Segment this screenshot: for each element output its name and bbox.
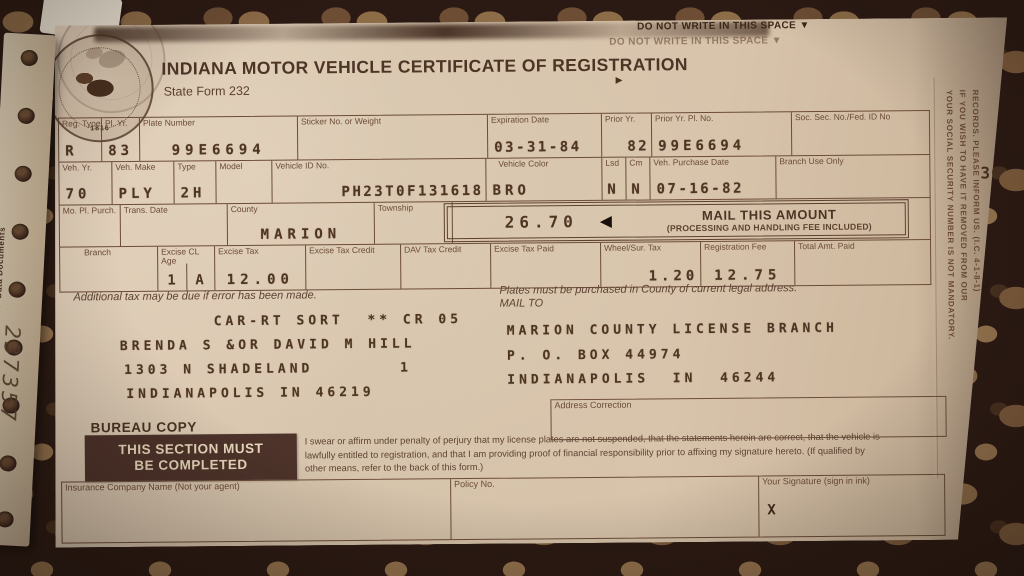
field-insurance-company: Insurance Company Name (Not your agent) <box>62 479 451 542</box>
mail-amount-text: MAIL THIS AMOUNT (PROCESSING AND HANDLIN… <box>634 206 905 233</box>
field-registration-fee: Registration Fee 12.75 <box>700 241 794 286</box>
field-mo-pl-purch: Mo. Pl. Purch. <box>60 205 120 247</box>
field-label: County <box>231 205 258 214</box>
field-value: BRO <box>492 182 529 198</box>
field-policy-no: Policy No. <box>450 477 759 540</box>
field-label: Sticker No. or Weight <box>301 117 381 127</box>
field-excise-tax-paid: Excise Tax Paid <box>490 243 600 288</box>
field-label: Lsd <box>605 159 619 168</box>
field-label: Excise Tax Paid <box>494 244 554 254</box>
field-value: 82 <box>627 138 649 154</box>
field-value: 2H <box>180 185 205 201</box>
field-value: 1.20 <box>649 268 699 284</box>
punch-hole <box>20 50 38 67</box>
additional-tax-note: Additional tax may be due if error has b… <box>73 289 316 303</box>
cl-age-divider <box>186 263 187 290</box>
punch-hole <box>8 281 26 298</box>
field-label: Vehicle ID No. <box>275 161 329 170</box>
corner-number: 30 <box>980 163 1001 182</box>
field-trans-date: Trans. Date <box>120 204 227 246</box>
form-row-2: Veh. Yr. 70 Veh. Make PLY Type 2H Model … <box>58 155 930 206</box>
field-label: Reg. Type <box>62 119 101 128</box>
owner-city: INDIANAPOLIS IN 46219 <box>126 385 374 402</box>
field-value: A <box>195 272 204 288</box>
field-veh-type: Type 2H <box>173 161 215 203</box>
do-not-write-text: DO NOT WRITE IN THIS SPACE <box>609 35 768 47</box>
field-excise-tax: Excise Tax 12.00 <box>214 245 305 290</box>
field-value: PH23T0F131618 <box>341 183 483 200</box>
field-excise-cl-age: Excise CL Age 1 A <box>157 246 214 290</box>
field-value: 07-16-82 <box>656 181 744 198</box>
do-not-write-text: DO NOT WRITE IN THIS SPACE <box>637 20 796 32</box>
field-expiration-date: Expiration Date 03-31-84 <box>487 114 601 158</box>
field-value: N <box>626 181 649 197</box>
field-label: Pl. Yr. <box>105 119 128 128</box>
field-plate-year: Pl. Yr. 83 <box>101 118 139 161</box>
field-label: Excise Tax <box>218 247 259 256</box>
handwritten-serial: 237357 <box>0 325 25 516</box>
bureau-copy-label: BUREAU COPY <box>91 419 198 435</box>
field-sticker-weight: Sticker No. or Weight <box>297 115 487 160</box>
branch-po-box: P. O. BOX 44974 <box>507 347 685 364</box>
plates-note: Plates must be purchased in County of cu… <box>499 282 797 297</box>
field-prior-year: Prior Yr. 82 <box>601 113 651 156</box>
field-label: Excise CL Age <box>161 247 214 265</box>
field-vehicle-color: Vehicle Color BRO <box>485 158 601 201</box>
field-label: Prior Yr. Pl. No. <box>655 114 713 124</box>
field-label: Expiration Date <box>491 115 549 125</box>
owner-sort-line: CAR-RT SORT ** CR 05 <box>214 312 462 329</box>
field-veh-year: Veh. Yr. 70 <box>59 162 111 204</box>
field-reg-type: Reg. Type R <box>59 118 101 161</box>
field-value: 03-31-84 <box>494 139 582 156</box>
form-title: INDIANA MOTOR VEHICLE CERTIFICATE OF REG… <box>161 54 688 80</box>
field-label: Your Signature (sign in ink) <box>762 477 870 487</box>
affirmation-text: I swear or affirm under penalty of perju… <box>305 430 955 476</box>
punch-hole <box>14 165 32 182</box>
ssn-side-note: YOUR SOCIAL SECURITY NUMBER IS NOT MANDA… <box>943 90 985 390</box>
owner-street: 1303 N SHADELAND <box>124 361 313 378</box>
field-label: Excise Tax Credit <box>309 246 375 256</box>
do-not-write-line-1: DO NOT WRITE IN THIS SPACE ▼ <box>637 20 810 33</box>
do-not-write-line-2: DO NOT WRITE IN THIS SPACE ▼ <box>609 35 782 48</box>
field-label: Wheel/Sur. Tax <box>604 243 661 252</box>
left-arrow-icon: ◄ <box>578 211 634 231</box>
field-value: 99E6694 <box>140 142 297 159</box>
field-prior-plate-number: Prior Yr. Pl. No. 99E6694 <box>651 112 791 156</box>
field-label: Prior Yr. <box>605 115 636 124</box>
field-vin: Vehicle ID No. PH23T0F131618 <box>271 159 485 203</box>
field-label: Vehicle Color <box>498 159 548 168</box>
form-row-1: Reg. Type R Pl. Yr. 83 Plate Number 99E6… <box>58 110 930 163</box>
down-arrow-icon: ▼ <box>772 35 782 46</box>
field-total-amt-paid: Total Amt. Paid <box>794 240 930 285</box>
address-correction-label: Address Correction <box>554 401 631 411</box>
mail-amount-value: 26.70 <box>448 212 578 232</box>
down-arrow-icon: ▼ <box>799 20 809 31</box>
field-label: Registration Fee <box>704 242 766 252</box>
field-excise-tax-credit: Excise Tax Credit <box>305 245 400 290</box>
tractor-feed-strip: ◄ Data Documents 237357 <box>0 33 56 547</box>
field-label: Veh. Yr. <box>62 163 92 172</box>
must-complete-box: THIS SECTION MUST BE COMPLETED <box>85 434 297 482</box>
field-value: MARION <box>228 226 374 243</box>
branch-city: INDIANAPOLIS IN 46244 <box>507 370 779 387</box>
must-complete-line2: BE COMPLETED <box>134 457 247 474</box>
field-veh-make: Veh. Make PLY <box>111 162 173 205</box>
field-value: N <box>602 182 625 198</box>
field-dav-tax-credit: DAV Tax Credit <box>400 244 490 289</box>
field-label: Total Amt. Paid <box>798 242 855 251</box>
field-label: Veh. Purchase Date <box>653 158 729 168</box>
field-label: Soc. Sec. No./Fed. ID No <box>795 112 891 122</box>
field-township: Township <box>374 202 452 244</box>
field-label: Cm <box>629 159 642 168</box>
field-value: 1 <box>167 273 176 289</box>
field-label: Veh. Make <box>115 163 155 172</box>
field-label: Trans. Date <box>124 206 168 215</box>
field-branch-use: Branch Use Only <box>775 155 929 198</box>
field-label: Branch Use Only <box>779 157 843 167</box>
field-value: PLY <box>118 186 155 202</box>
mail-amount-box: 26.70 ◄ MAIL THIS AMOUNT (PROCESSING AND… <box>444 199 909 242</box>
field-label: Policy No. <box>454 480 495 489</box>
field-label: Mo. Pl. Purch. <box>63 206 116 215</box>
field-county: County MARION <box>227 203 374 245</box>
branch-name: MARION COUNTY LICENSE BRANCH <box>507 321 838 339</box>
must-complete-line1: THIS SECTION MUST <box>118 441 263 458</box>
field-label: Insurance Company Name (Not your agent) <box>65 482 240 493</box>
punch-hole <box>11 223 29 240</box>
field-wheel-sur-tax: Wheel/Sur. Tax 1.20 <box>600 242 700 287</box>
field-ssn: Soc. Sec. No./Fed. ID No <box>791 111 929 155</box>
registration-form: DO NOT WRITE IN THIS SPACE ▼ DO NOT WRIT… <box>49 17 1012 547</box>
field-lsd: Lsd N <box>601 158 625 200</box>
field-label: DAV Tax Credit <box>404 245 461 254</box>
form-number: State Form 232 <box>164 84 250 99</box>
field-plate-number: Plate Number 99E6694 <box>139 117 297 161</box>
field-signature: Your Signature (sign in ink) X <box>758 475 945 537</box>
field-label: Plate Number <box>143 118 195 127</box>
field-value: 12.00 <box>215 271 305 288</box>
mail-amount-inner: 26.70 ◄ MAIL THIS AMOUNT (PROCESSING AND… <box>447 202 906 239</box>
field-label: Township <box>378 204 414 213</box>
signature-x-mark: X <box>767 502 776 518</box>
form-row-4: Branch Excise CL Age 1 A Excise Tax 12.0… <box>59 240 931 293</box>
signature-row: Insurance Company Name (Not your agent) … <box>61 474 946 544</box>
owner-name: BRENDA S &OR DAVID M HILL <box>120 336 416 354</box>
field-value: 83 <box>108 143 133 159</box>
mail-amount-subtitle: (PROCESSING AND HANDLING FEE INCLUDED) <box>634 221 905 233</box>
punch-hole <box>17 107 35 124</box>
field-branch: Branch <box>60 247 157 292</box>
seal-scene <box>71 62 123 102</box>
field-value: 70 <box>66 186 91 202</box>
field-label: Model <box>219 162 242 171</box>
field-purchase-date: Veh. Purchase Date 07-16-82 <box>649 156 775 199</box>
field-model: Model <box>215 161 271 203</box>
mail-to-label: MAIL TO <box>499 297 543 309</box>
brand-label: Data Documents <box>0 227 7 299</box>
field-label: Type <box>177 162 196 171</box>
data-documents-logo-icon: ◄ <box>0 301 3 311</box>
field-value: 99E6694 <box>658 138 745 155</box>
owner-route-digit: 1 <box>400 361 412 376</box>
ssn-note-line: RECORDS. PLEASE INFORM US. (I.C. 4-1-8-1… <box>969 90 985 390</box>
field-cm: Cm N <box>625 157 649 199</box>
field-value: R <box>65 143 78 159</box>
right-pointer-icon: ▶ <box>616 75 623 86</box>
field-label: Branch <box>84 248 111 257</box>
